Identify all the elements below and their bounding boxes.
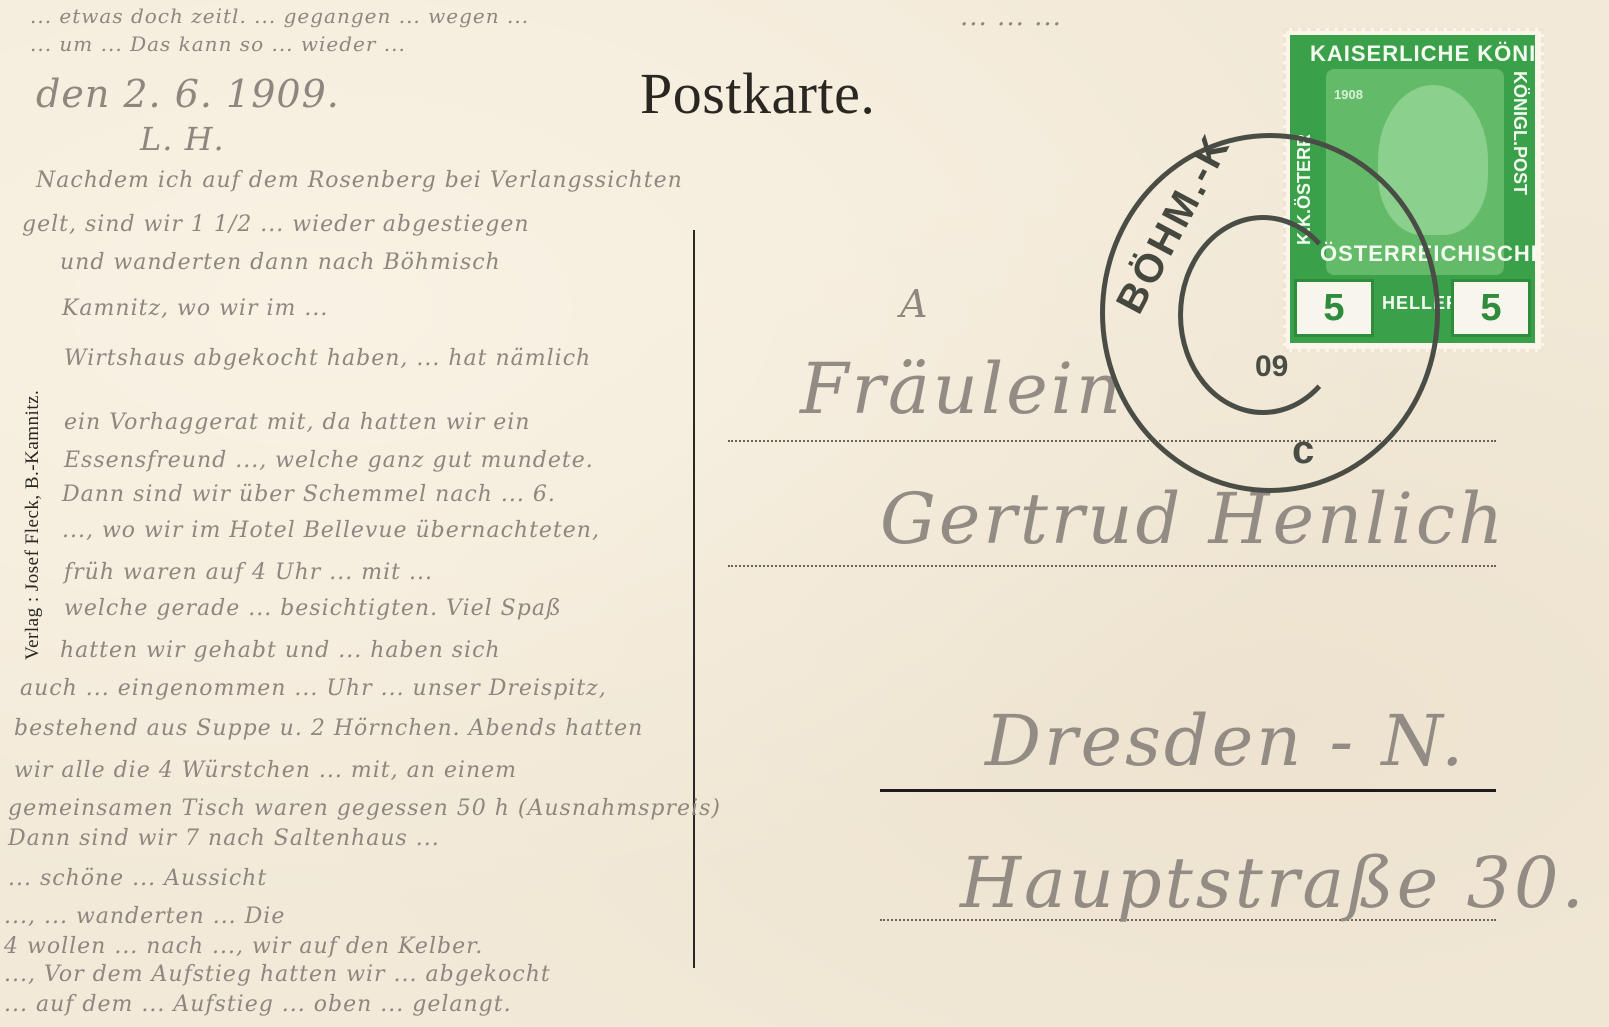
message-line: ein Vorhaggerat mit, da hatten wir ein: [64, 410, 530, 435]
publisher-imprint: Verlag : Josef Fleck, B.-Kamnitz.: [22, 390, 44, 660]
stamp-year: 1908: [1334, 87, 1363, 102]
address-recipient-name: Gertrud Henlich: [880, 478, 1506, 560]
address-recipient-title: Fräulein: [800, 348, 1124, 430]
postmark-letter: c: [1292, 428, 1314, 473]
address-street: Hauptstraße 30. II: [960, 842, 1609, 924]
postcard: Postkarte. Verlag : Josef Fleck, B.-Kamn…: [0, 0, 1609, 1027]
message-line: bestehend aus Suppe u. 2 Hörnchen. Abend…: [14, 716, 643, 741]
postcard-title: Postkarte.: [640, 60, 875, 127]
message-line: Dann sind wir über Schemmel nach ... 6.: [62, 482, 556, 507]
message-date: den 2. 6. 1909.: [36, 72, 340, 116]
stamp-text-top: KAISERLICHE KÖNIGLICHE: [1310, 41, 1535, 67]
stamp-text-right: KÖNIGL.POST: [1509, 71, 1530, 195]
message-line: Wirtshaus abgekocht haben, ... hat nämli…: [64, 346, 591, 371]
message-line: und wanderten dann nach Böhmisch: [60, 250, 501, 275]
message-line: welche gerade ... besichtigten. Viel Spa…: [64, 596, 562, 621]
stamp-value-right: 5: [1451, 279, 1531, 337]
message-line: gelt, sind wir 1 1/2 ... wieder abgestie…: [22, 212, 530, 237]
message-header-line: ... um ... Das kann so ... wieder ...: [30, 32, 406, 56]
message-address-divider: [693, 230, 695, 968]
postmark-inner-ring: [1178, 215, 1348, 415]
message-line: 4 wollen ... nach ..., wir auf den Kelbe…: [4, 934, 483, 959]
message-line: wir alle die 4 Würstchen ... mit, an ein…: [14, 758, 517, 783]
address-line-city: [880, 789, 1496, 792]
message-line: Kamnitz, wo wir im ...: [62, 296, 328, 321]
message-line: hatten wir gehabt und ... haben sich: [60, 638, 501, 663]
message-line: ... auf dem ... Aufstieg ... oben ... ge…: [4, 992, 512, 1017]
message-line: gemeinsamen Tisch waren gegessen 50 h (A…: [8, 796, 721, 821]
address-mark: A: [900, 282, 928, 326]
address-line-2: [728, 565, 1496, 567]
message-line: ..., ... wanderten ... Die: [4, 904, 285, 929]
message-line: früh waren auf 4 Uhr ... mit ...: [64, 560, 433, 585]
message-line: auch ... eingenommen ... Uhr ... unser D…: [20, 676, 607, 701]
message-line: Dann sind wir 7 nach Saltenhaus ...: [8, 826, 440, 851]
message-line: ..., wo wir im Hotel Bellevue übernachte…: [62, 518, 600, 543]
message-line: ..., Vor dem Aufstieg hatten wir ... abg…: [4, 962, 551, 987]
message-header-line: ... etwas doch zeitl. ... gegangen ... w…: [30, 4, 529, 28]
postmark-date: 09: [1255, 350, 1288, 384]
message-initials: L. H.: [140, 120, 225, 158]
top-right-note: ... ... ...: [960, 2, 1062, 32]
message-line: Essensfreund ..., welche ganz gut mundet…: [64, 448, 594, 473]
address-city: Dresden - N.: [985, 700, 1466, 782]
message-line: Nachdem ich auf dem Rosenberg bei Verlan…: [36, 168, 683, 193]
message-line: ... schöne ... Aussicht: [8, 866, 267, 891]
